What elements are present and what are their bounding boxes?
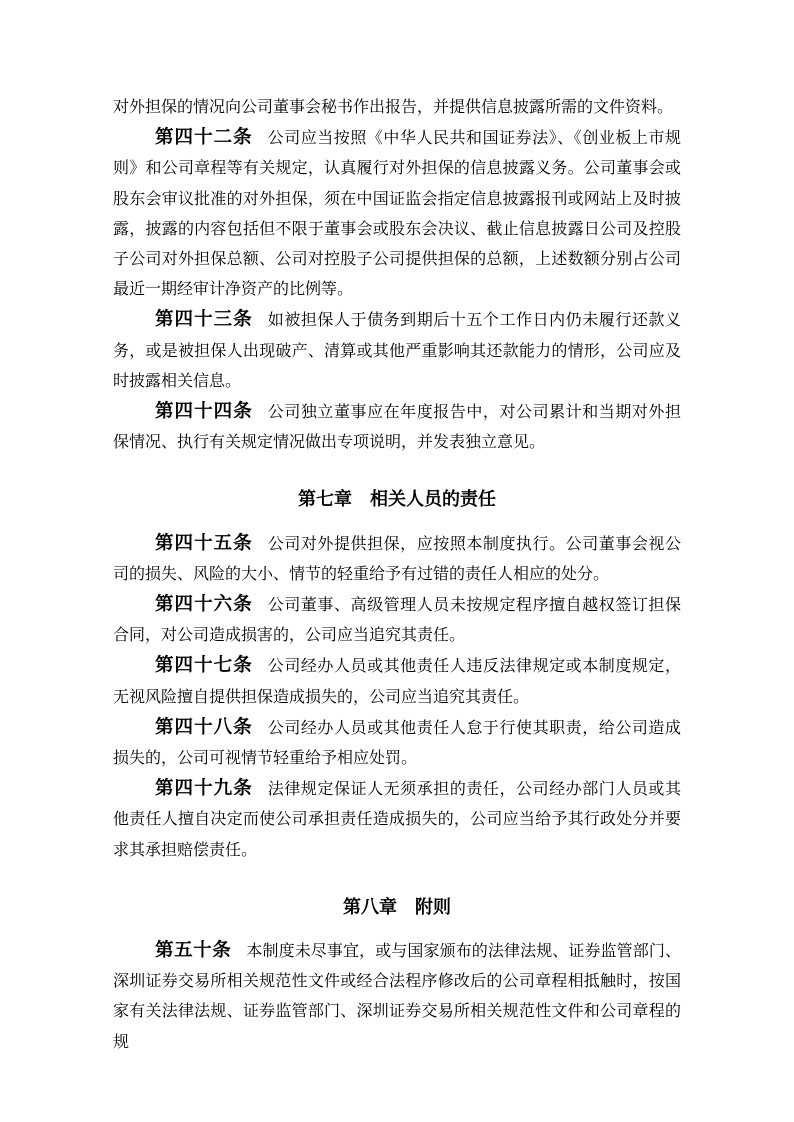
article-number: 第四十九条: [155, 779, 253, 799]
article-paragraph: 第四十八条公司经办人员或其他责任人怠于行使其职责，给公司造成损失的，公司可视情节…: [113, 713, 681, 774]
chapter-heading-text: 第八章 附则: [343, 897, 451, 917]
article-paragraph: 第四十二条公司应当按照《中华人民共和国证券法》、《创业板上市规则》和公司章程等有…: [113, 123, 681, 305]
article-number: 第五十条: [155, 941, 231, 961]
article-text: 公司应当按照《中华人民共和国证券法》、《创业板上市规则》和公司章程等有关规定，认…: [113, 130, 681, 298]
document-body: 对外担保的情况向公司董事会秘书作出报告，并提供信息披露所需的文件资料。 第四十二…: [113, 93, 681, 1058]
chapter-heading-text: 第七章 相关人员的责任: [298, 489, 496, 509]
article-paragraph: 第四十五条公司对外提供担保，应按照本制度执行。公司董事会视公司的损失、风险的大小…: [113, 529, 681, 590]
article-number: 第四十七条: [155, 656, 253, 676]
article-paragraph: 第四十三条如被担保人于债务到期后十五个工作日内仍未履行还款义务，或是被担保人出现…: [113, 305, 681, 397]
article-number: 第四十四条: [155, 402, 253, 422]
article-number: 第四十六条: [155, 595, 253, 615]
article-number: 第四十三条: [155, 310, 253, 330]
article-paragraph: 第五十条本制度未尽事宜，或与国家颁布的法律法规、证券监管部门、深圳证券交易所相关…: [113, 936, 681, 1058]
chapter-heading: 第七章 相关人员的责任: [113, 484, 681, 514]
article-number: 第四十二条: [155, 128, 253, 148]
article-number: 第四十五条: [155, 534, 253, 554]
chapter-heading: 第八章 附则: [113, 892, 681, 922]
continuation-paragraph: 对外担保的情况向公司董事会秘书作出报告，并提供信息披露所需的文件资料。: [113, 93, 681, 123]
article-paragraph: 第四十四条公司独立董事应在年度报告中，对公司累计和当期对外担保情况、执行有关规定…: [113, 397, 681, 458]
article-paragraph: 第四十九条法律规定保证人无须承担的责任，公司经办部门人员或其他责任人擅自决定而使…: [113, 774, 681, 866]
article-number: 第四十八条: [155, 718, 253, 738]
document-page: 对外担保的情况向公司董事会秘书作出报告，并提供信息披露所需的文件资料。 第四十二…: [0, 0, 794, 1122]
article-paragraph: 第四十六条公司董事、高级管理人员未按规定程序擅自越权签订担保合同，对公司造成损害…: [113, 590, 681, 651]
paragraph-text: 对外担保的情况向公司董事会秘书作出报告，并提供信息披露所需的文件资料。: [113, 99, 673, 116]
article-paragraph: 第四十七条公司经办人员或其他责任人违反法律规定或本制度规定，无视风险擅自提供担保…: [113, 651, 681, 712]
